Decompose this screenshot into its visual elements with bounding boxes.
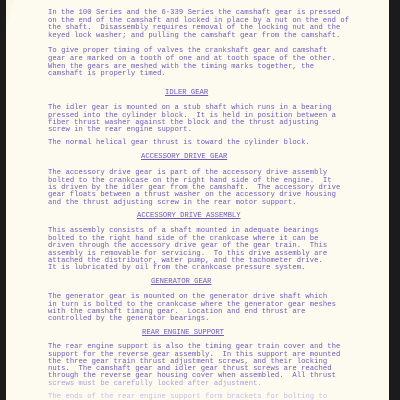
text-line: The normal helical gear thrust is toward… xyxy=(48,139,310,147)
text-line: keyed lock washer; and pulling the camsh… xyxy=(48,32,340,40)
text-line: screws must be carefully locked after ad… xyxy=(48,380,262,388)
section-heading: IDLER GEAR xyxy=(165,89,208,97)
text-line: It is lubricated by oil from the crankca… xyxy=(48,264,305,272)
text-line: To give proper timing of valves the cran… xyxy=(48,47,327,55)
section-heading: GENERATOR GEAR xyxy=(151,278,211,286)
section-heading: REAR ENGINE SUPPORT xyxy=(142,329,224,337)
text-line: camshaft is properly timed. xyxy=(48,70,166,78)
text-line: controlled by the generator bearings. xyxy=(48,315,209,323)
text-line: screw in the rear engine support. xyxy=(48,126,192,134)
typewritten-page: In the 100 Series and the 6-339 Series t… xyxy=(6,0,389,400)
text-line: and the thrust adjusting screw in the re… xyxy=(48,199,297,207)
section-heading: ACCESSORY DRIVE ASSEMBLY xyxy=(137,212,241,220)
page-corner xyxy=(6,0,14,28)
text-line: The ends of the rear engine support form… xyxy=(48,393,327,400)
section-heading: ACCESSORY DRIVE GEAR xyxy=(141,153,227,161)
